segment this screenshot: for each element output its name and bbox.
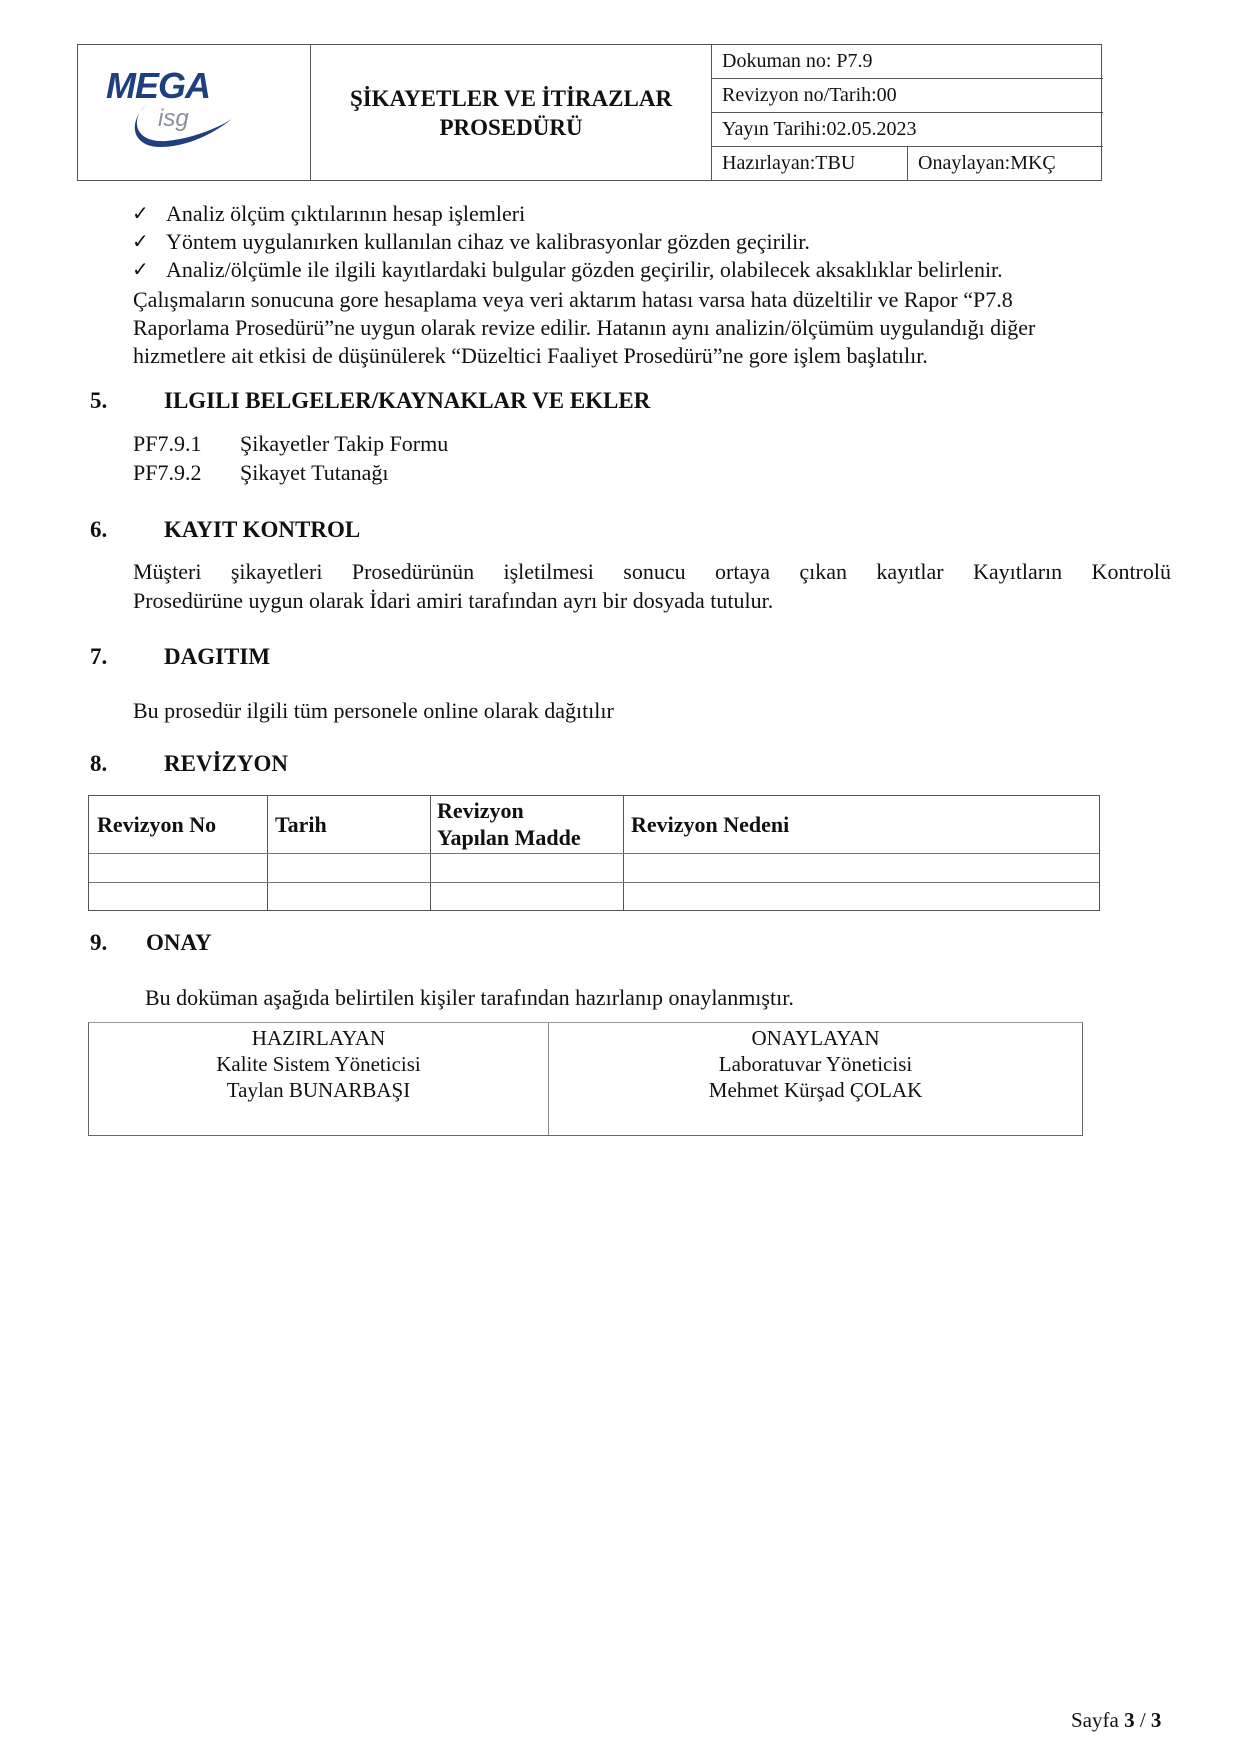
record-control-line-2: Prosedürüne uygun olarak İdari amiri tar… xyxy=(133,586,1171,615)
prepared-label: HAZIRLAYAN xyxy=(89,1025,548,1051)
logo-cell: MEGA isg xyxy=(78,45,311,180)
title-line-2: PROSEDÜRÜ xyxy=(350,113,672,142)
reference-code: PF7.9.2 xyxy=(133,459,201,487)
column-header-date: Tarih xyxy=(275,811,327,838)
paragraph-line: hizmetlere ait etkisi de düşünülerek “Dü… xyxy=(133,342,928,370)
table-row xyxy=(89,883,1099,911)
signoff-row: Hazırlayan:TBU Onaylayan:MKÇ xyxy=(712,147,1103,181)
prepared-by: Hazırlayan:TBU xyxy=(712,147,908,181)
approved-name: Mehmet Kürşad ÇOLAK xyxy=(549,1077,1082,1103)
column-header-revision-no: Revizyon No xyxy=(97,811,216,838)
checkmark-icon: ✓ xyxy=(132,228,149,256)
table-row xyxy=(89,854,1099,882)
prepared-name: Taylan BUNARBAŞI xyxy=(89,1077,548,1103)
approved-label: ONAYLAYAN xyxy=(549,1025,1082,1051)
prepared-role: Kalite Sistem Yöneticisi xyxy=(89,1051,548,1077)
document-title: ŞİKAYETLER VE İTİRAZLAR PROSEDÜRÜ xyxy=(311,45,712,180)
column-header-revision-reason: Revizyon Nedeni xyxy=(631,811,789,838)
reference-code: PF7.9.1 xyxy=(133,430,201,458)
approved-by: Onaylayan:MKÇ xyxy=(908,147,1103,181)
checkmark-icon: ✓ xyxy=(132,256,149,284)
distribution-text: Bu prosedür ilgili tüm personele online … xyxy=(133,697,614,725)
approval-text: Bu doküman aşağıda belirtilen kişiler ta… xyxy=(145,984,794,1012)
paragraph-line: Raporlama Prosedürü”ne uygun olarak revi… xyxy=(133,314,1035,342)
prepared-column: HAZIRLAYAN Kalite Sistem Yöneticisi Tayl… xyxy=(89,1023,549,1135)
current-page: 3 xyxy=(1124,1708,1135,1732)
reference-name: Şikayet Tutanağı xyxy=(240,459,389,487)
column-header-revised-item: Revizyon Yapılan Madde xyxy=(437,797,581,851)
total-pages: 3 xyxy=(1151,1708,1162,1732)
approved-role: Laboratuvar Yöneticisi xyxy=(549,1051,1082,1077)
paragraph-line: Çalışmaların sonucuna gore hesaplama vey… xyxy=(133,286,1013,314)
publish-date: Yayın Tarihi:02.05.2023 xyxy=(712,113,1103,147)
bullet-item: ✓ Analiz ölçüm çıktılarının hesap işleml… xyxy=(166,200,525,228)
document-meta: Dokuman no: P7.9 Revizyon no/Tarih:00 Ya… xyxy=(712,45,1103,180)
reference-name: Şikayetler Takip Formu xyxy=(240,430,448,458)
approved-column: ONAYLAYAN Laboratuvar Yöneticisi Mehmet … xyxy=(549,1023,1082,1135)
record-control-line-1: Müşteri şikayetleri Prosedürünün işletil… xyxy=(133,557,1171,586)
revision-number: Revizyon no/Tarih:00 xyxy=(712,79,1103,113)
bullet-item: ✓ Yöntem uygulanırken kullanılan cihaz v… xyxy=(166,228,810,256)
page-number: Sayfa 3 / 3 xyxy=(1071,1708,1161,1733)
checkmark-icon: ✓ xyxy=(132,200,149,228)
approval-table: HAZIRLAYAN Kalite Sistem Yöneticisi Tayl… xyxy=(88,1022,1083,1136)
doc-number: Dokuman no: P7.9 xyxy=(712,45,1103,79)
bullet-item: ✓ Analiz/ölçümle ile ilgili kayıtlardaki… xyxy=(166,256,1003,284)
revision-table: Revizyon No Tarih Revizyon Yapılan Madde… xyxy=(88,795,1100,911)
document-header: MEGA isg ŞİKAYETLER VE İTİRAZLAR PROSEDÜ… xyxy=(77,44,1102,181)
logo-sub: isg xyxy=(158,105,189,133)
title-line-1: ŞİKAYETLER VE İTİRAZLAR xyxy=(350,84,672,113)
